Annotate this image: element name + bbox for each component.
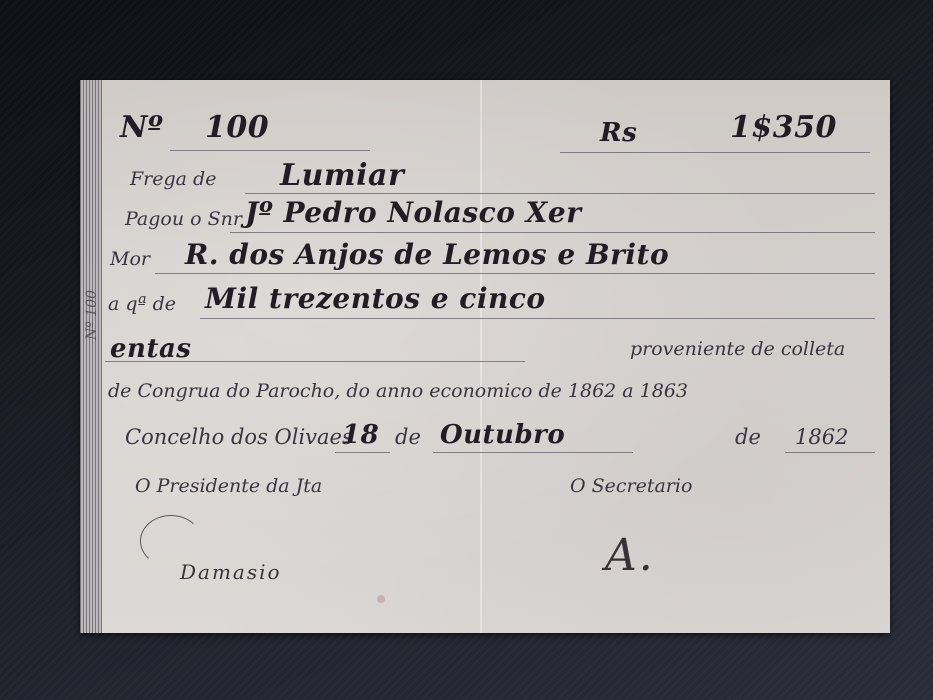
rule-sum	[200, 318, 875, 319]
president-signature: Damasio	[180, 560, 282, 584]
stub-text: Nº 100	[84, 290, 100, 340]
number-label: Nº	[120, 110, 163, 145]
payer-line1: Jº Pedro Nolasco Xer	[245, 196, 581, 229]
rule-payer	[230, 232, 875, 233]
sum-label: a qª de	[108, 293, 176, 315]
sum-words-line1: Mil trezentos e cinco	[205, 282, 546, 315]
amount-value: 1$350	[730, 110, 837, 145]
paper-fold	[480, 80, 482, 633]
sum-words-line2: entas	[110, 334, 191, 364]
date-de2: de	[735, 425, 761, 449]
date-de1: de	[395, 425, 421, 449]
paid-label: Pagou o Snr	[125, 208, 242, 230]
receipt-document: Nº 100 Nº 100 Rs 1$350 Frega de Lumiar P…	[80, 80, 890, 633]
parish-label: Frega de	[130, 168, 216, 190]
perforated-stub-edge	[80, 80, 102, 633]
date-year: 1862	[795, 425, 848, 449]
place-text: Concelho dos Olivaes	[125, 425, 353, 449]
rule-parish	[245, 193, 875, 194]
rule-amount	[560, 152, 870, 153]
date-month: Outubro	[440, 420, 565, 450]
payer-line2: R. dos Anjos de Lemos e Brito	[185, 238, 669, 271]
rule-day	[335, 452, 390, 453]
secretary-signature: A.	[605, 530, 655, 581]
date-day: 18	[342, 420, 379, 450]
provenance-text: proveniente de colleta	[630, 338, 845, 360]
secretary-label: O Secretario	[570, 475, 692, 497]
rule-year	[785, 452, 875, 453]
president-label: O Presidente da Jta	[135, 475, 322, 497]
rule-month	[433, 452, 633, 453]
purpose-line: de Congrua do Parocho, do anno economico…	[108, 380, 688, 402]
paper-stain	[377, 595, 385, 603]
rule-number	[170, 150, 370, 151]
rule-payer2	[155, 273, 875, 274]
payer-prefix: Mor	[110, 248, 150, 270]
number-value: 100	[205, 110, 269, 145]
parish-value: Lumiar	[280, 158, 404, 193]
amount-label: Rs	[600, 118, 637, 148]
